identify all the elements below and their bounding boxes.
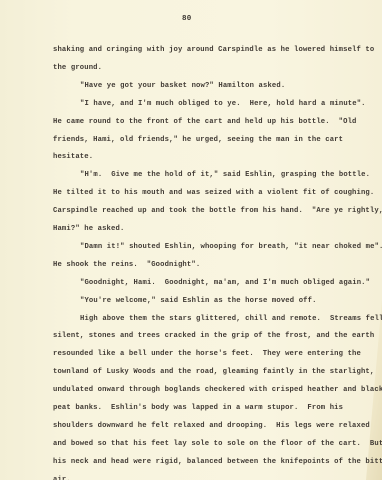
text-line: "Damn it!" shouted Eshlin, whooping for … [80, 243, 382, 252]
text-line: "You're welcome," said Eshlin as the hor… [80, 297, 317, 306]
text-line: "Have ye got your basket now?" Hamilton … [80, 82, 285, 91]
text-line: undulated onward through boglands checke… [53, 386, 382, 395]
text-line: hesitate. [53, 153, 93, 162]
text-line: He shook the reins. "Goodnight". [53, 261, 200, 270]
text-line: shoulders downward he felt relaxed and d… [53, 422, 370, 431]
text-line: peat banks. Eshlin's body was lapped in … [53, 404, 343, 413]
text-line: air. [53, 476, 71, 480]
text-line: his neck and head were rigid, balanced b… [53, 458, 382, 467]
page-number: 80 [182, 15, 192, 23]
text-line: the ground. [53, 64, 102, 73]
text-line: Carspindle reached up and took the bottl… [53, 207, 382, 216]
text-line: and bowed so that his feet lay sole to s… [53, 440, 382, 449]
text-line: friends, Hami, old friends," he urged, s… [53, 136, 343, 145]
text-line: He tilted it to his mouth and was seized… [53, 189, 374, 198]
text-line: He came round to the front of the cart a… [53, 118, 357, 127]
typescript-page: 80 shaking and cringing with joy around … [0, 0, 382, 480]
text-line: resounded like a bell under the horse's … [53, 350, 361, 359]
text-line: "H'm. Give me the hold of it," said Eshl… [80, 171, 370, 180]
text-line: shaking and cringing with joy around Car… [53, 46, 374, 55]
text-line: Hami?" he asked. [53, 225, 124, 234]
text-line: "I have, and I'm much obliged to ye. Her… [80, 100, 366, 109]
text-line: High above them the stars glittered, chi… [80, 315, 382, 324]
text-line: "Goodnight, Hami. Goodnight, ma'am, and … [80, 279, 370, 288]
text-line: silent, stones and trees cracked in the … [53, 332, 374, 341]
text-line: townland of Lusky Woods and the road, gl… [53, 368, 374, 377]
